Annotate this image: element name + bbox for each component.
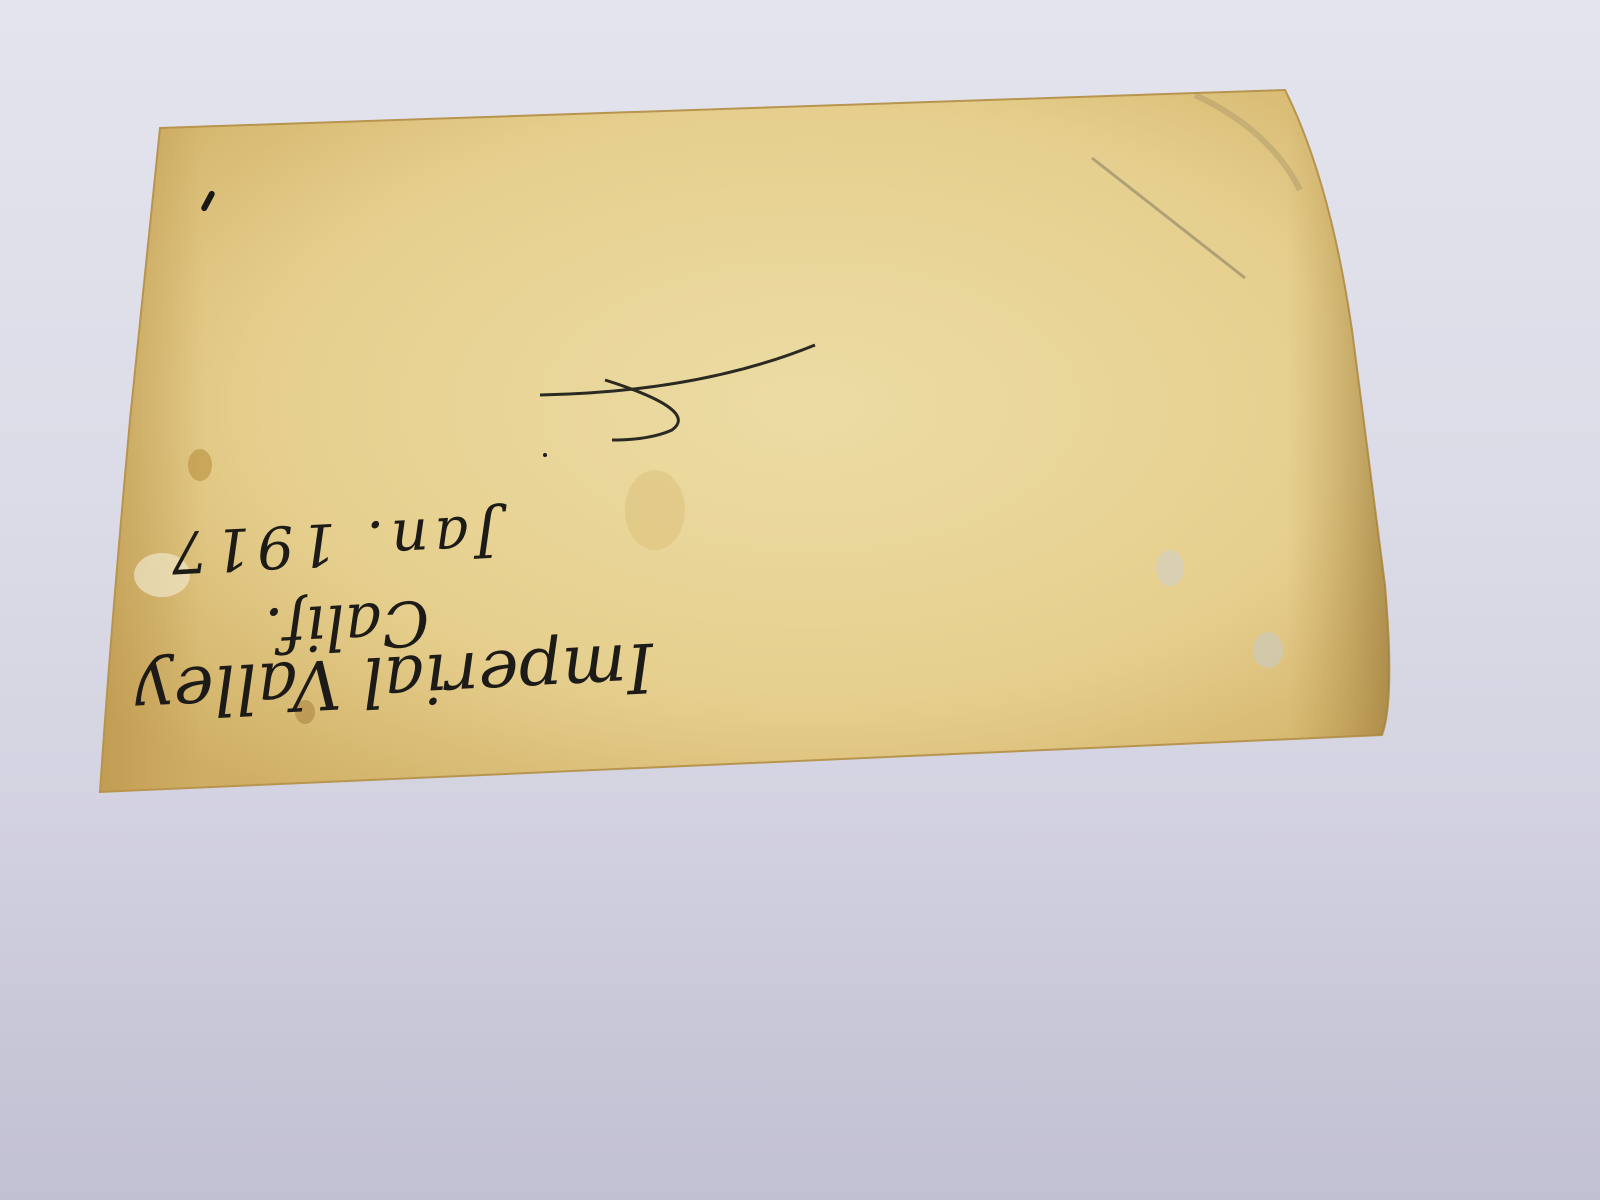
- aged-photo-card-back: [0, 0, 1600, 1200]
- photo-scene: Jan. 1917 Calif. Imperial Valley: [0, 0, 1600, 1200]
